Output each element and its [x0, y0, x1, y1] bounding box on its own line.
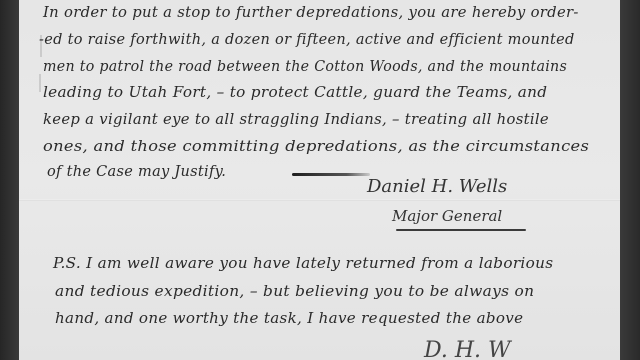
postscript-line: P.S. I am well aware you have lately ret… [53, 256, 553, 272]
signature-name: Daniel H. Wells [367, 176, 507, 197]
margin-pencil-mark [39, 74, 41, 92]
body-line: leading to Utah Fort, – to protect Cattl… [43, 85, 547, 101]
postscript-line: and tedious expedition, – but believing … [55, 284, 534, 300]
body-line: of the Case may Justify. [47, 164, 226, 180]
postscript-line: hand, and one worthy the task, I have re… [55, 311, 523, 327]
body-line: -ed to raise forthwith, a dozen or fifte… [39, 32, 575, 48]
body-line: In order to put a stop to further depred… [43, 5, 614, 21]
closing-flourish [292, 173, 370, 176]
scan-border-left [0, 0, 19, 360]
scan-border-right [620, 0, 640, 360]
body-line: men to patrol the road between the Cotto… [43, 59, 567, 75]
manuscript-page: In order to put a stop to further depred… [19, 0, 620, 360]
signature-title: Major General [392, 207, 502, 225]
title-underline [396, 229, 526, 231]
paper-fold-line [19, 199, 620, 201]
body-line: ones, and those committing depredations,… [43, 139, 589, 155]
postscript-signature-partial: D. H. W [424, 338, 511, 360]
body-line: keep a vigilant eye to all straggling In… [43, 112, 549, 128]
